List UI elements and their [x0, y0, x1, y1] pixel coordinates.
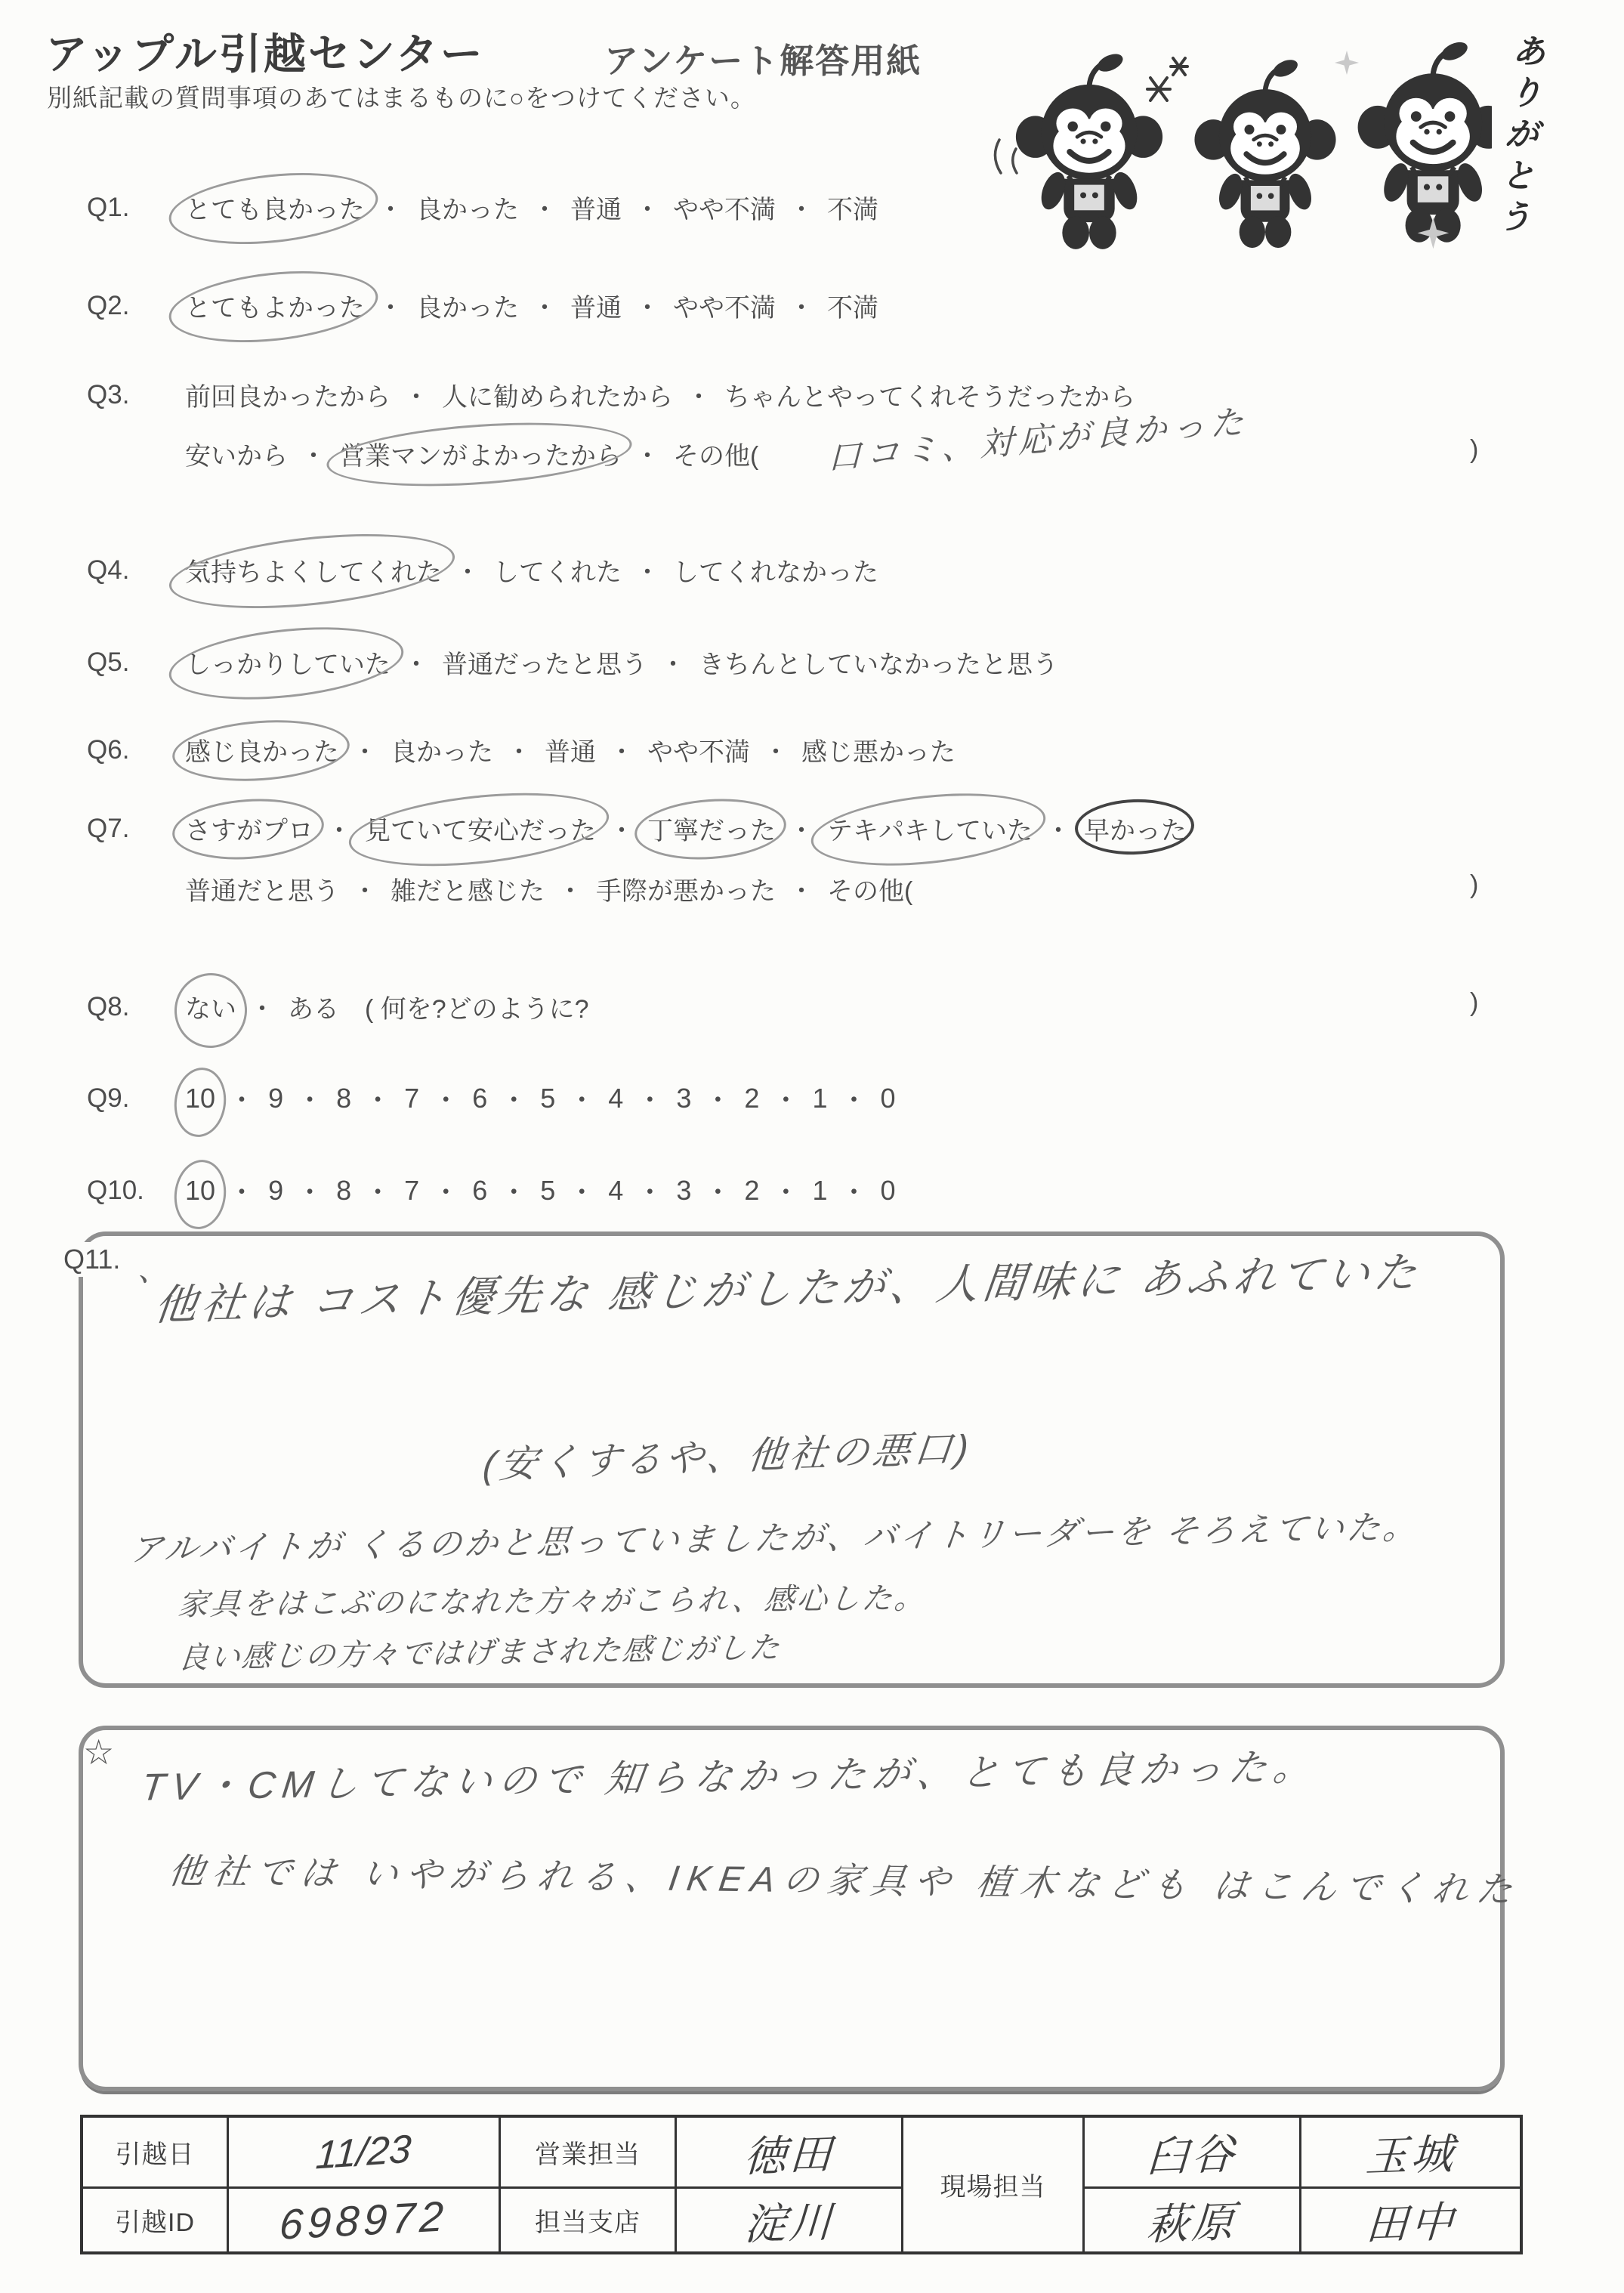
question-row-q3b: 安いから ・ 営業マンがよかったから ・ その他( [185, 435, 758, 472]
dot-separator: ・ [557, 870, 583, 907]
q3-other-label: その他( [673, 435, 758, 472]
dot-separator: ・ [840, 1079, 867, 1117]
question-row-q2: Q2. とてもよかった ・ 良かった ・ 普通 ・ やや不満 ・ 不満 [87, 287, 878, 324]
dot-separator: ・ [634, 189, 660, 226]
q6-option-4: やや不満 [647, 731, 750, 768]
q8-option-1-selected: ない [185, 988, 236, 1025]
dot-separator: ・ [364, 1079, 391, 1117]
dot-separator: ・ [378, 189, 403, 226]
dot-separator: ・ [403, 376, 429, 413]
question-row-q1: Q1. とても良かった ・ 良かった ・ 普通 ・ やや不満 ・ 不満 [87, 189, 878, 226]
dot-separator: ・ [432, 1171, 459, 1210]
q3-close-paren: ) [1470, 435, 1478, 465]
question-row-q5: Q5. しっかりしていた ・ 普通だったと思う ・ きちんとしていなかったと思う [87, 644, 1058, 681]
instruction-text: 別紙記載の質問事項のあてはまるものに○をつけてください。 [47, 79, 756, 114]
site-name-3-handwritten: 萩原 [1145, 2188, 1239, 2251]
mascot-group: ありがとう [993, 19, 1605, 268]
thanks-calligraphy: ありがとう [1484, 31, 1552, 261]
q3-option-3: ちゃんとやってくれそうだったから [724, 376, 1135, 413]
dot-separator: ・ [634, 552, 660, 589]
q9-score-7: 7 [404, 1083, 419, 1114]
site-name-2-handwritten: 玉城 [1363, 2120, 1457, 2183]
question-row-q7a: Q7. さすがプロ ・ 見ていて安心だった ・ 丁寧だった ・ テキパキしていた… [87, 810, 1187, 847]
dot-separator: ・ [636, 1171, 663, 1210]
q7-label: Q7. [87, 814, 185, 844]
dot-separator: ・ [228, 1079, 255, 1117]
dot-separator: ・ [789, 870, 814, 907]
site-name-3-cell: 萩原 [1085, 2189, 1301, 2251]
q2-option-4: やや不満 [673, 287, 776, 324]
q5-option-1-selected: しっかりしていた [185, 644, 391, 681]
site-name-2-cell: 玉城 [1301, 2118, 1520, 2189]
sales-handwritten: 徳田 [742, 2120, 835, 2183]
move-id-value-cell: 698972 [229, 2189, 501, 2251]
q7-other-label: その他( [827, 870, 912, 907]
q9-score-9: 9 [268, 1083, 283, 1114]
company-logo-text: アップル引越センター [45, 21, 485, 82]
q6-option-3: 普通 [545, 731, 596, 768]
dot-separator: ・ [352, 731, 378, 768]
survey-sheet: アップル引越センター アンケート解答用紙 別紙記載の質問事項のあてはまるものに○… [0, 0, 1624, 2293]
q10-score-4: 4 [608, 1175, 623, 1207]
dot-separator: ・ [609, 731, 634, 768]
sheet-title: アンケート解答用紙 [604, 33, 922, 82]
dot-separator: ・ [326, 810, 352, 847]
q8-label: Q8. [87, 992, 185, 1022]
question-row-q3a: Q3. 前回良かったから ・ 人に勧められたから ・ ちゃんとやってくれそうだっ… [87, 376, 1135, 413]
q2-option-2: 良かった [416, 287, 519, 324]
dot-separator: ・ [704, 1079, 731, 1117]
dot-separator: ・ [378, 287, 403, 324]
question-row-q8: Q8. ない ・ ある ( 何を?どのように? [87, 988, 589, 1025]
q9-score-0: 0 [880, 1083, 895, 1114]
branch-label: 担当支店 [535, 2202, 641, 2239]
dot-separator: ・ [772, 1171, 799, 1210]
branch-value-cell: 淀川 [677, 2189, 903, 2251]
dot-separator: ・ [228, 1171, 255, 1210]
q7-option-5-selected: 早かった [1084, 810, 1187, 847]
move-date-handwritten: 11/23 [314, 2126, 412, 2178]
site-name-1-cell: 臼谷 [1085, 2118, 1301, 2189]
move-date-value-cell: 11/23 [229, 2118, 501, 2189]
footer-info-table: 引越日 11/23 営業担当 徳田 現場担当 臼谷 玉城 引越ID 698972… [80, 2115, 1523, 2254]
dot-separator: ・ [1045, 810, 1071, 847]
q9-score-5: 5 [540, 1083, 555, 1114]
q10-score-10-selected: 10 [185, 1175, 215, 1207]
dot-separator: ・ [455, 552, 480, 589]
q7-option-4-selected: テキパキしていた [827, 810, 1033, 847]
question-row-q4: Q4. 気持ちよくしてくれた ・ してくれた ・ してくれなかった [87, 552, 878, 589]
site-name-4-handwritten: 田中 [1363, 2188, 1457, 2251]
dot-separator: ・ [660, 644, 686, 681]
q10-score-3: 3 [676, 1175, 691, 1207]
question-row-q9: Q9. 10 ・ 9 ・ 8 ・ 7 ・ 6 ・ 5 ・ 4 ・ 3 ・ 2 ・… [87, 1079, 896, 1117]
dot-separator: ・ [636, 1079, 663, 1117]
sales-label-cell: 営業担当 [501, 2118, 677, 2189]
star-icon: ☆ [83, 1732, 114, 1772]
q9-score-10-selected: 10 [185, 1083, 215, 1114]
q7-close-paren: ) [1470, 870, 1478, 900]
site-name-4-cell: 田中 [1301, 2189, 1520, 2251]
q1-label: Q1. [87, 193, 185, 223]
q6-option-1-selected: 感じ良かった [185, 731, 339, 768]
move-id-handwritten: 698972 [279, 2191, 449, 2249]
dot-separator: ・ [500, 1171, 527, 1210]
dot-separator: ・ [568, 1171, 595, 1210]
dot-separator: ・ [296, 1171, 323, 1210]
q4-label: Q4. [87, 555, 185, 586]
q11-handwritten-line-4: 家具をはこぶのになれた方々がこられ、感心した。 [176, 1575, 929, 1624]
dot-separator: ・ [704, 1171, 731, 1210]
dot-separator: ・ [432, 1079, 459, 1117]
sales-label: 営業担当 [535, 2134, 641, 2171]
dot-separator: ・ [789, 287, 814, 324]
dot-separator: ・ [840, 1171, 867, 1210]
dot-separator: ・ [301, 435, 326, 472]
q9-score-3: 3 [676, 1083, 691, 1114]
move-date-label-cell: 引越日 [83, 2118, 229, 2189]
dot-separator: ・ [364, 1171, 391, 1210]
q6-option-2: 良かった [391, 731, 493, 768]
dot-separator: ・ [403, 644, 429, 681]
q9-score-2: 2 [744, 1083, 759, 1114]
q4-option-2: してくれた [493, 552, 622, 589]
q5-option-2: 普通だったと思う [442, 644, 647, 681]
q3-option-1: 前回良かったから [185, 376, 391, 413]
q10-score-5: 5 [540, 1175, 555, 1207]
q7-option-6: 普通だと思う [185, 870, 339, 907]
q8-close-paren: ) [1470, 988, 1478, 1018]
q2-option-1-selected: とてもよかった [185, 287, 365, 324]
dot-separator: ・ [686, 376, 712, 413]
q7-option-7: 雑だと感じた [391, 870, 545, 907]
site-label: 現場担当 [940, 2166, 1046, 2203]
move-id-label: 引越ID [115, 2202, 195, 2239]
dot-separator: ・ [532, 189, 557, 226]
q1-option-4: やや不満 [673, 189, 776, 226]
q10-score-2: 2 [744, 1175, 759, 1207]
q5-label: Q5. [87, 647, 185, 678]
q7-option-2-selected: 見ていて安心だった [365, 810, 596, 847]
q9-score-8: 8 [336, 1083, 351, 1114]
q5-option-3: きちんとしていなかったと思う [699, 644, 1058, 681]
q3-option-2: 人に勧められたから [442, 376, 673, 413]
q10-label: Q10. [87, 1176, 185, 1206]
dot-separator: ・ [506, 731, 532, 768]
q10-score-9: 9 [268, 1175, 283, 1207]
q2-label: Q2. [87, 291, 185, 321]
dot-separator: ・ [634, 435, 660, 472]
q10-score-6: 6 [472, 1175, 487, 1207]
dot-separator: ・ [249, 988, 275, 1025]
q6-label: Q6. [87, 735, 185, 765]
site-label-cell: 現場担当 [903, 2118, 1085, 2251]
dot-separator: ・ [568, 1079, 595, 1117]
q2-option-5: 不満 [827, 287, 878, 324]
q1-option-1-selected: とても良かった [185, 189, 365, 226]
q8-prompt: ( 何を?どのように? [365, 988, 589, 1025]
q9-label: Q9. [87, 1083, 185, 1114]
q1-option-2: 良かった [416, 189, 519, 226]
question-row-q10: Q10. 10 ・ 9 ・ 8 ・ 7 ・ 6 ・ 5 ・ 4 ・ 3 ・ 2 … [87, 1171, 896, 1210]
q7-option-8: 手際が悪かった [596, 870, 776, 907]
dot-separator: ・ [500, 1079, 527, 1117]
dot-separator: ・ [772, 1079, 799, 1117]
dot-separator: ・ [789, 189, 814, 226]
q4-option-3: してくれなかった [673, 552, 878, 589]
q10-score-0: 0 [880, 1175, 895, 1207]
q7-option-1-selected: さすがプロ [185, 810, 313, 847]
dot-separator: ・ [789, 810, 814, 847]
q3-option-5-selected: 営業マンがよかったから [339, 435, 622, 472]
q2-option-3: 普通 [570, 287, 622, 324]
move-date-label: 引越日 [116, 2134, 195, 2171]
dot-separator: ・ [532, 287, 557, 324]
q1-option-5: 不満 [827, 189, 878, 226]
dot-separator: ・ [763, 731, 789, 768]
question-row-q7b: 普通だと思う ・ 雑だと感じた ・ 手際が悪かった ・ その他( [185, 870, 912, 907]
q8-option-2: ある [288, 988, 339, 1025]
q9-score-6: 6 [472, 1083, 487, 1114]
branch-handwritten: 淀川 [742, 2188, 835, 2251]
move-id-label-cell: 引越ID [83, 2189, 229, 2251]
q11-label: Q11. [56, 1242, 128, 1277]
monkey-mascot-icon [993, 19, 1492, 261]
q6-option-5: 感じ悪かった [801, 731, 956, 768]
dot-separator: ・ [296, 1079, 323, 1117]
q1-option-3: 普通 [570, 189, 622, 226]
q10-score-1: 1 [812, 1175, 827, 1207]
q9-score-4: 4 [608, 1083, 623, 1114]
q3-label: Q3. [87, 380, 185, 410]
branch-label-cell: 担当支店 [501, 2189, 677, 2251]
dot-separator: ・ [609, 810, 634, 847]
sales-value-cell: 徳田 [677, 2118, 903, 2189]
q9-score-1: 1 [812, 1083, 827, 1114]
dot-separator: ・ [634, 287, 660, 324]
question-row-q6: Q6. 感じ良かった ・ 良かった ・ 普通 ・ やや不満 ・ 感じ悪かった [87, 731, 956, 768]
q10-score-7: 7 [404, 1175, 419, 1207]
q3-option-4: 安いから [185, 435, 288, 472]
q10-score-8: 8 [336, 1175, 351, 1207]
dot-separator: ・ [352, 870, 378, 907]
q4-option-1-selected: 気持ちよくしてくれた [185, 552, 442, 589]
site-name-1-handwritten: 臼谷 [1145, 2120, 1239, 2183]
q7-option-3-selected: 丁寧だった [647, 810, 776, 847]
